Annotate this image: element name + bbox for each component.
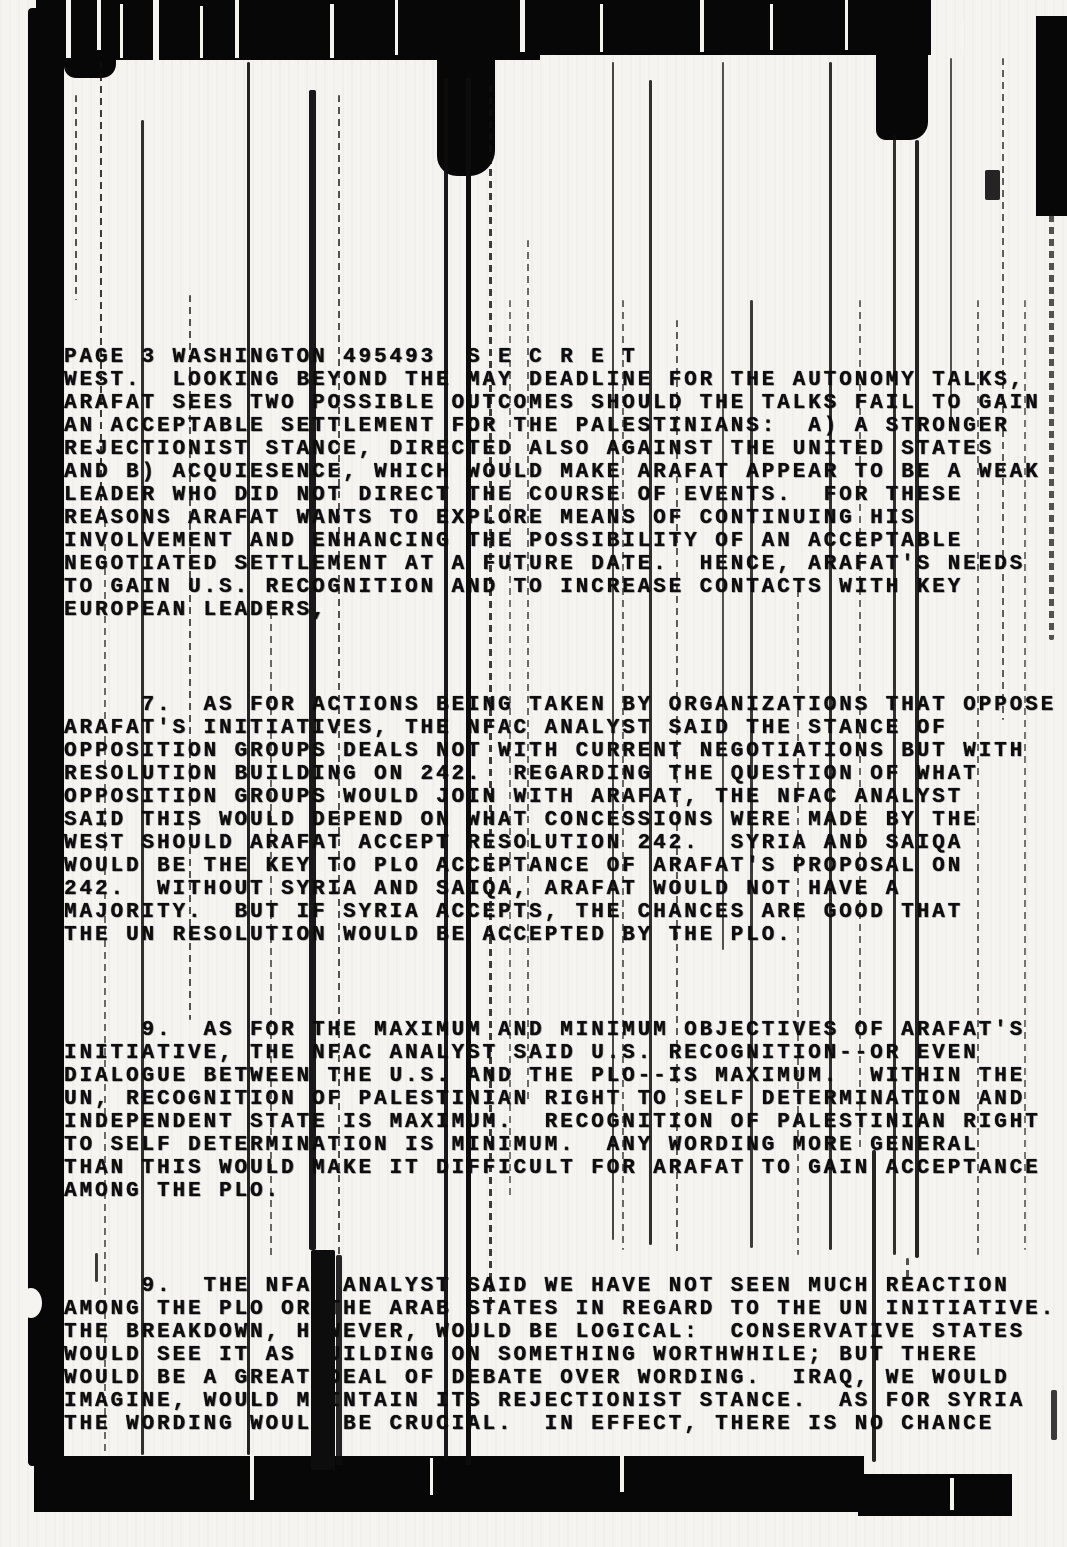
scan-streak xyxy=(676,320,678,1255)
scan-streak xyxy=(1024,300,1026,1250)
scan-white-gap xyxy=(950,1478,954,1510)
scan-streak xyxy=(466,78,471,1465)
scan-streak xyxy=(622,300,624,1250)
scan-streak xyxy=(247,62,250,1455)
scan-white-gap xyxy=(330,4,334,58)
scan-white-gap xyxy=(235,0,239,58)
scan-white-gap xyxy=(1010,18,1013,52)
scan-white-gap xyxy=(395,0,398,55)
scan-streak xyxy=(95,1253,98,1282)
scan-streak xyxy=(612,62,614,1240)
scan-streak xyxy=(1002,58,1004,720)
scan-streak xyxy=(444,78,448,1460)
scan-white-gap xyxy=(700,0,704,52)
scan-streak xyxy=(750,300,753,1248)
scan-streak xyxy=(75,95,77,300)
scan-streak xyxy=(527,240,529,1100)
scan-white-gap xyxy=(66,0,71,58)
scan-streak xyxy=(336,1255,342,1465)
scan-streak xyxy=(649,80,652,1245)
scan-streaks-layer xyxy=(0,0,1067,1547)
scan-streak xyxy=(509,300,511,1200)
scan-white-gap xyxy=(120,4,123,58)
scan-streak xyxy=(141,120,144,1455)
scan-streak xyxy=(270,600,272,1260)
scan-white-gap xyxy=(430,1458,433,1495)
scan-streak xyxy=(100,62,102,520)
scan-streak xyxy=(977,300,979,1255)
scan-white-gap xyxy=(770,4,773,50)
scan-white-gap xyxy=(600,4,603,52)
scan-white-gap xyxy=(200,6,203,58)
scan-white-gap xyxy=(845,0,848,50)
scan-streak xyxy=(950,58,952,430)
scan-streak xyxy=(189,295,191,1020)
scan-streak xyxy=(104,520,106,1452)
scan-streak xyxy=(829,62,832,1250)
scan-streak xyxy=(985,170,1000,200)
scan-streak xyxy=(1049,215,1054,640)
scan-streak xyxy=(309,90,316,1250)
scan-white-gap xyxy=(250,1455,254,1500)
scan-white-gap xyxy=(620,1455,624,1492)
scan-streak xyxy=(338,95,340,1255)
scan-streak xyxy=(893,135,896,1255)
scanned-document-page: PAGE 3 WASHINGTON 495493 S E C R E T WES… xyxy=(0,0,1067,1547)
scan-white-gap xyxy=(153,0,159,60)
scan-streak xyxy=(906,1258,909,1280)
scan-streak xyxy=(915,140,919,1258)
scan-white-gap xyxy=(97,0,101,50)
scan-streak xyxy=(722,62,724,950)
scan-streak xyxy=(311,1250,335,1470)
scan-streak xyxy=(1051,1390,1057,1440)
scan-white-gap xyxy=(520,0,525,52)
scan-streak xyxy=(872,1150,876,1462)
scan-streak xyxy=(797,590,799,1255)
scan-streak xyxy=(859,300,861,1150)
scan-streak xyxy=(489,85,492,1310)
scan-white-gap xyxy=(960,18,964,55)
